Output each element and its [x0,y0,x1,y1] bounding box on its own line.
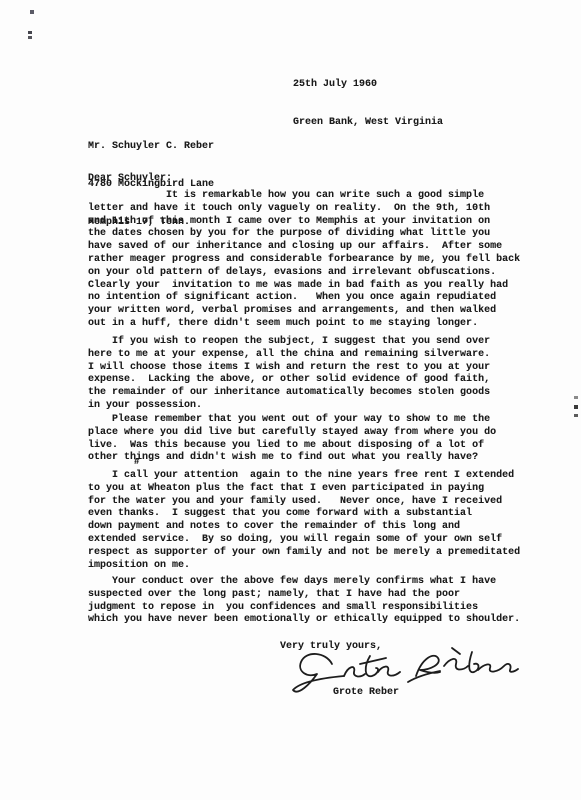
letter-page: 25th July 1960 Green Bank, West Virginia… [0,0,581,800]
place-line: Green Bank, West Virginia [293,117,443,130]
scan-edge-mark [574,405,578,409]
paragraph-2: If you wish to reopen the subject, I sug… [88,336,490,413]
date-block: 25th July 1960 Green Bank, West Virginia [293,53,443,155]
insertion-mark: # [134,456,139,469]
date-line: 25th July 1960 [293,79,443,92]
typed-signature: Grote Reber [333,687,399,700]
paragraph-4: I call your attention again to the nine … [88,470,520,572]
paragraph-3: Please remember that you went out of you… [88,414,496,465]
scan-edge-mark [574,414,578,417]
salutation: Dear Schuyler: [88,173,172,186]
scan-edge-mark [574,396,578,399]
signature-handwriting-icon [288,644,533,706]
paragraph-5: Your conduct over the above few days mer… [88,576,520,627]
scan-speck [28,36,32,39]
scan-speck [28,31,32,34]
paragraph-1: It is remarkable how you can write such … [88,190,520,331]
scan-speck [30,10,34,14]
recipient-name: Mr. Schuyler C. Reber [88,141,214,154]
